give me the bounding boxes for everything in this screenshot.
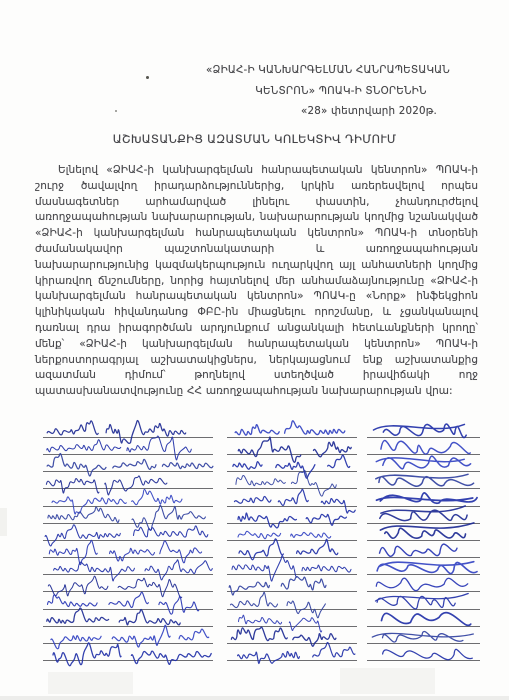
scan-artifact — [0, 508, 7, 536]
scan-artifact — [0, 696, 509, 700]
signature-block — [0, 0, 509, 700]
handwriting-stroke — [43, 629, 213, 663]
scanned-letter-page: «ՁԻԱՀ-Ի ԿԱՆԽԱՐԳԵԼՄԱՆ ՀԱՆՐԱՊԵՏԱԿԱՆ ԿԵՆՏՐՈ… — [0, 0, 509, 700]
handwritten-position — [227, 644, 357, 661]
handwriting-stroke — [367, 629, 480, 663]
scan-artifact — [340, 668, 435, 694]
handwritten-signature — [367, 644, 480, 661]
handwriting-stroke — [227, 629, 357, 663]
handwritten-name — [43, 644, 213, 661]
scan-artifact — [48, 672, 133, 694]
